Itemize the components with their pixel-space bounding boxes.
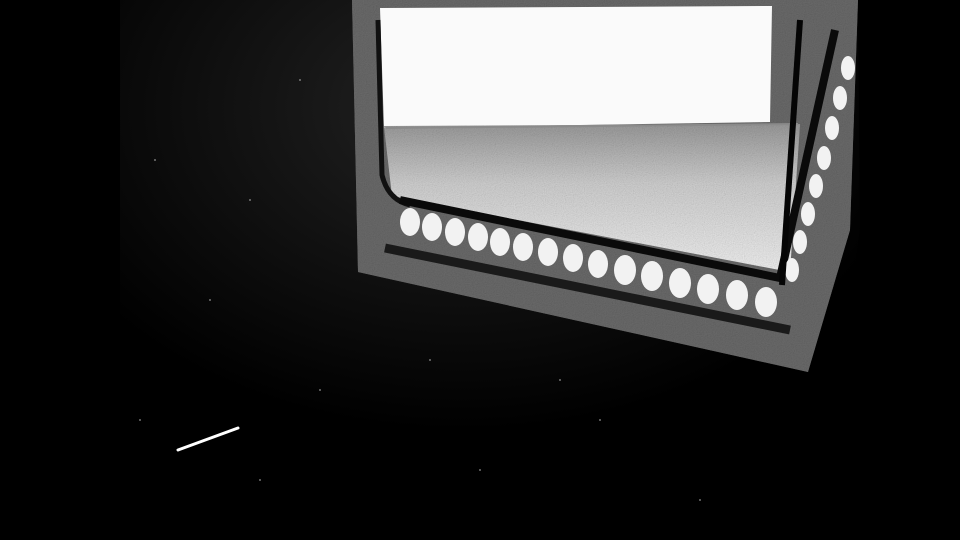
sky [380,6,772,128]
film-still-svg [0,0,960,540]
film-still [0,0,960,540]
